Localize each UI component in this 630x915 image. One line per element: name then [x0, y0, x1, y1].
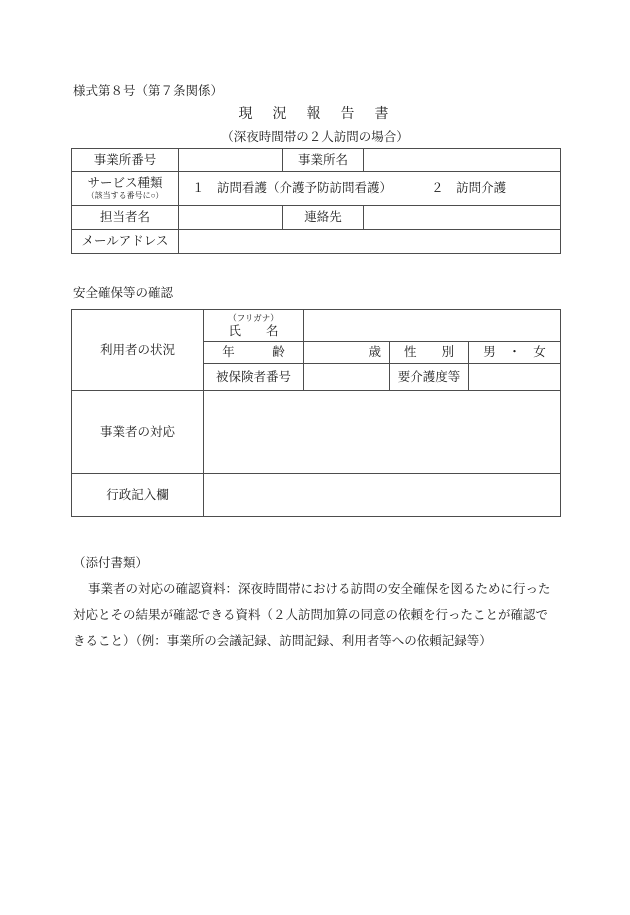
gender-label: 性 別	[404, 345, 454, 359]
office-name-label: 事業所名	[298, 153, 348, 167]
gender-label-cell: 性 別	[390, 342, 469, 364]
service-option-1: １ 訪問看護（介護予防訪問看護）	[192, 181, 392, 195]
age-unit-label: 歳	[368, 345, 381, 359]
name-label: 氏 名	[204, 324, 303, 339]
email-label-cell: メールアドレス	[72, 230, 179, 254]
document-subtitle: （深夜時間帯の２人訪問の場合）	[0, 130, 630, 145]
office-info-table: 事業所番号 事業所名 サービス種類 （該当する番号に○） １ 訪問看護（介護予防…	[71, 148, 561, 254]
office-number-field	[179, 149, 283, 172]
staff-name-label-cell: 担当者名	[72, 206, 179, 230]
insured-number-field	[304, 364, 390, 391]
service-type-label: サービス種類	[72, 176, 178, 190]
gender-options: 男 ・ 女	[483, 345, 546, 359]
user-status-label: 利用者の状況	[100, 343, 175, 357]
name-field	[304, 310, 561, 342]
operator-response-field	[204, 391, 561, 474]
contact-label: 連絡先	[304, 210, 342, 224]
operator-response-label: 事業者の対応	[100, 425, 175, 439]
staff-name-field	[179, 206, 283, 230]
office-name-label-cell: 事業所名	[283, 149, 364, 172]
gender-options-cell: 男 ・ 女	[469, 342, 561, 364]
attachments-line-3: きること）（例：事業所の会議記録、訪問記録、利用者等への依頼記録等）	[73, 634, 492, 649]
office-number-label-cell: 事業所番号	[72, 149, 179, 172]
operator-response-label-cell: 事業者の対応	[72, 391, 204, 474]
attachments-line-2: 対応とその結果が確認できる資料（２人訪問加算の同意の依頼を行ったことが確認で	[73, 608, 548, 623]
admin-entry-label-cell: 行政記入欄	[72, 474, 204, 517]
attachments-heading: （添付書類）	[73, 556, 148, 571]
staff-name-label: 担当者名	[100, 210, 150, 224]
service-type-note: （該当する番号に○）	[72, 191, 178, 201]
admin-entry-label: 行政記入欄	[106, 488, 169, 502]
email-field	[179, 230, 561, 254]
service-option-2: ２ 訪問介護	[431, 181, 506, 195]
age-label: 年 齢	[222, 345, 285, 359]
contact-field	[364, 206, 561, 230]
form-page: 様式第８号（第７条関係） 現 況 報 告 書 （深夜時間帯の２人訪問の場合） 事…	[0, 0, 630, 915]
safety-section-heading: 安全確保等の確認	[73, 286, 173, 301]
email-label: メールアドレス	[82, 234, 169, 248]
admin-entry-field	[204, 474, 561, 517]
user-status-label-cell: 利用者の状況	[72, 310, 204, 391]
insured-number-label-cell: 被保険者番号	[204, 364, 304, 391]
insured-number-label: 被保険者番号	[216, 370, 291, 384]
care-level-field	[469, 364, 561, 391]
safety-confirmation-table: 利用者の状況 （フリガナ） 氏 名 年 齢 歳 性 別 男 ・ 女	[71, 309, 561, 517]
age-field: 歳	[304, 342, 390, 364]
document-title: 現 況 報 告 書	[0, 107, 630, 122]
office-name-field	[364, 149, 561, 172]
service-type-label-cell: サービス種類 （該当する番号に○）	[72, 172, 179, 206]
form-number: 様式第８号（第７条関係）	[73, 84, 223, 99]
care-level-label: 要介護度等	[398, 370, 461, 384]
service-options-cell: １ 訪問看護（介護予防訪問看護） ２ 訪問介護	[179, 172, 561, 206]
attachments-line-1: 事業者の対応の確認資料：深夜時間帯における訪問の安全確保を図るために行った	[88, 582, 551, 597]
office-number-label: 事業所番号	[94, 153, 157, 167]
name-label-cell: （フリガナ） 氏 名	[204, 310, 304, 342]
age-label-cell: 年 齢	[204, 342, 304, 364]
care-level-label-cell: 要介護度等	[390, 364, 469, 391]
contact-label-cell: 連絡先	[283, 206, 364, 230]
furigana-label: （フリガナ）	[204, 313, 303, 324]
